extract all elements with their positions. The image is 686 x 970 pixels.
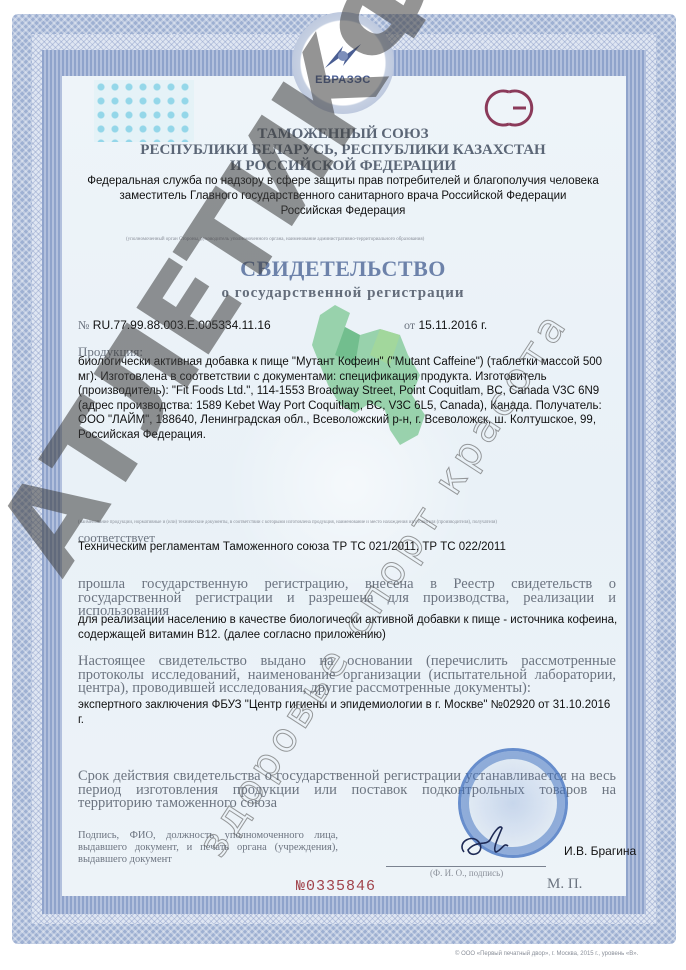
certificate-title: СВИДЕТЕЛЬСТВО — [0, 256, 686, 282]
certificate-date: от 15.11.2016 г. — [404, 318, 487, 333]
signature-line-caption: (Ф. И. О., подпись) — [430, 868, 503, 878]
signer-name: И.В. Брагина — [564, 844, 636, 858]
signature-scribble-icon — [456, 822, 526, 862]
conformity-value: Техническим регламентам Таможенного союз… — [78, 540, 506, 555]
printer-footer: © ООО «Первый печатный двор», г. Москва,… — [455, 951, 638, 957]
basis-value: экспертного заключения ФБУЗ "Центр гигие… — [78, 698, 638, 727]
seal-caption: М. П. — [547, 876, 582, 893]
form-serial-number: №0335846 — [296, 878, 376, 895]
signature-line — [386, 866, 546, 867]
certificate-subtitle: о государственной регистрации — [0, 285, 686, 302]
